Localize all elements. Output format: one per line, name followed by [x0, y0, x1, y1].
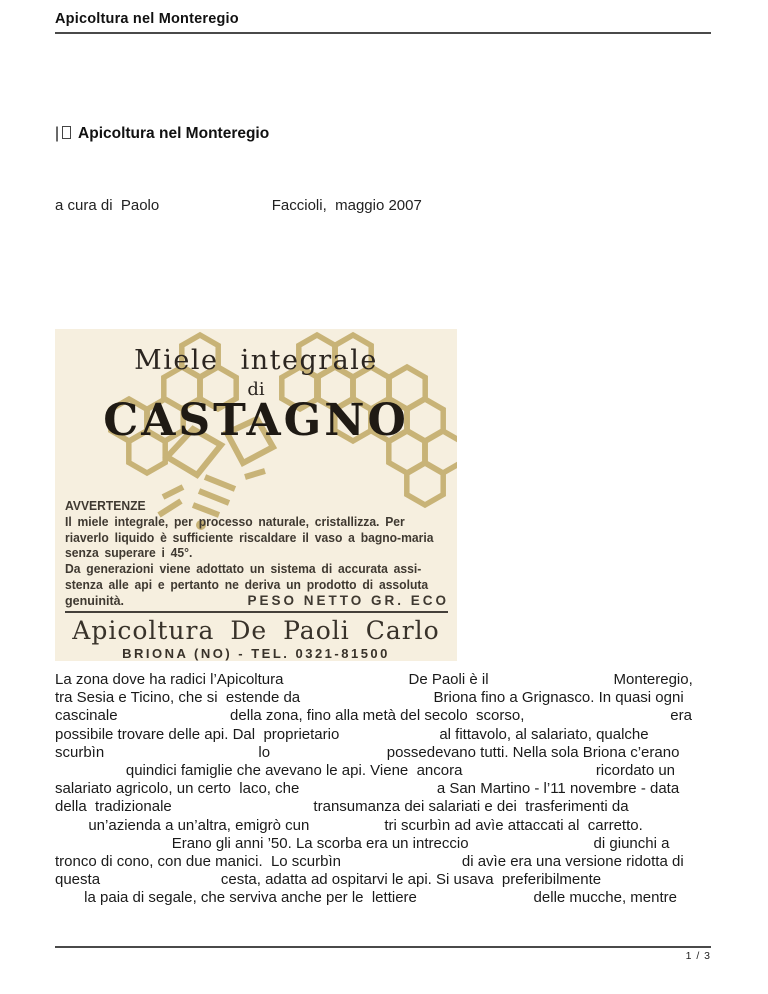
producer-address: BRIONA (NO) - TEL. 0321-81500	[55, 646, 457, 661]
product-name: CASTAGNO	[55, 395, 457, 446]
body-text-line: la paia di segale, che serviva anche per…	[55, 889, 693, 907]
page-header-title: Apicoltura nel Monteregio	[55, 11, 239, 27]
body-text-line: tronco di cono, con due manici. Lo scurb…	[55, 853, 693, 871]
body-text-line: salariato agricolo, un certo laco, che a…	[55, 780, 693, 798]
page-indicator: 1 / 3	[55, 950, 711, 962]
honey-label-image: Miele integrale di CASTAGNO AVVERTENZEIl…	[55, 329, 457, 661]
warning-line: Da generazioni viene adottato un sistema…	[65, 562, 439, 578]
body-text-line: scurbìn lo possedevano tutti. Nella sola…	[55, 744, 693, 762]
warning-line: senza superare i 45°.	[65, 546, 439, 562]
warning-line: AVVERTENZE	[65, 499, 439, 515]
body-text: La zona dove ha radici l’Apicoltura De P…	[55, 671, 693, 908]
document-page: Apicoltura nel Monteregio |Apicoltura ne…	[0, 0, 768, 994]
body-text-line: questa cesta, adatta ad ospitarvi le api…	[55, 871, 693, 889]
warning-last-word: genuinità.	[65, 594, 124, 608]
missing-glyph-icon	[62, 126, 71, 139]
warning-line: riaverlo liquido è sufficiente riscaldar…	[65, 531, 439, 547]
producer-name: Apicoltura De Paoli Carlo	[55, 616, 457, 645]
label-divider	[65, 611, 448, 613]
body-text-line: La zona dove ha radici l’Apicoltura De P…	[55, 671, 693, 689]
body-text-line: un’azienda a un’altra, emigrò cun tri sc…	[55, 817, 693, 835]
warning-line: stenza alle api e pertanto ne deriva un …	[65, 578, 439, 594]
body-text-line: Erano gli anni ’50. La scorba era un int…	[55, 835, 693, 853]
net-weight-row: genuinità. PESO NETTO GR. ECO	[65, 593, 449, 608]
byline: a cura di Paolo Faccioli, maggio 2007	[55, 197, 422, 214]
product-title: Miele integrale	[55, 345, 457, 376]
title-text: Apicoltura nel Monteregio	[78, 125, 269, 142]
warning-line: Il miele integrale, per processo natural…	[65, 515, 439, 531]
body-text-line: possibile trovare delle api. Dal proprie…	[55, 726, 693, 744]
body-text-line: tra Sesia e Ticino, che si estende da Br…	[55, 689, 693, 707]
warnings-block: AVVERTENZEIl miele integrale, per proces…	[65, 499, 439, 594]
body-text-line: della tradizionale transumanza dei salar…	[55, 798, 693, 816]
title-prefix: |	[55, 125, 59, 142]
body-text-line: cascinale della zona, fino alla metà del…	[55, 707, 693, 725]
header-divider	[55, 32, 711, 34]
footer-divider	[55, 946, 711, 948]
body-text-line: quindici famiglie che avevano le api. Vi…	[55, 762, 693, 780]
document-title: |Apicoltura nel Monteregio	[55, 125, 269, 143]
net-weight-text: PESO NETTO GR. ECO	[247, 593, 449, 608]
